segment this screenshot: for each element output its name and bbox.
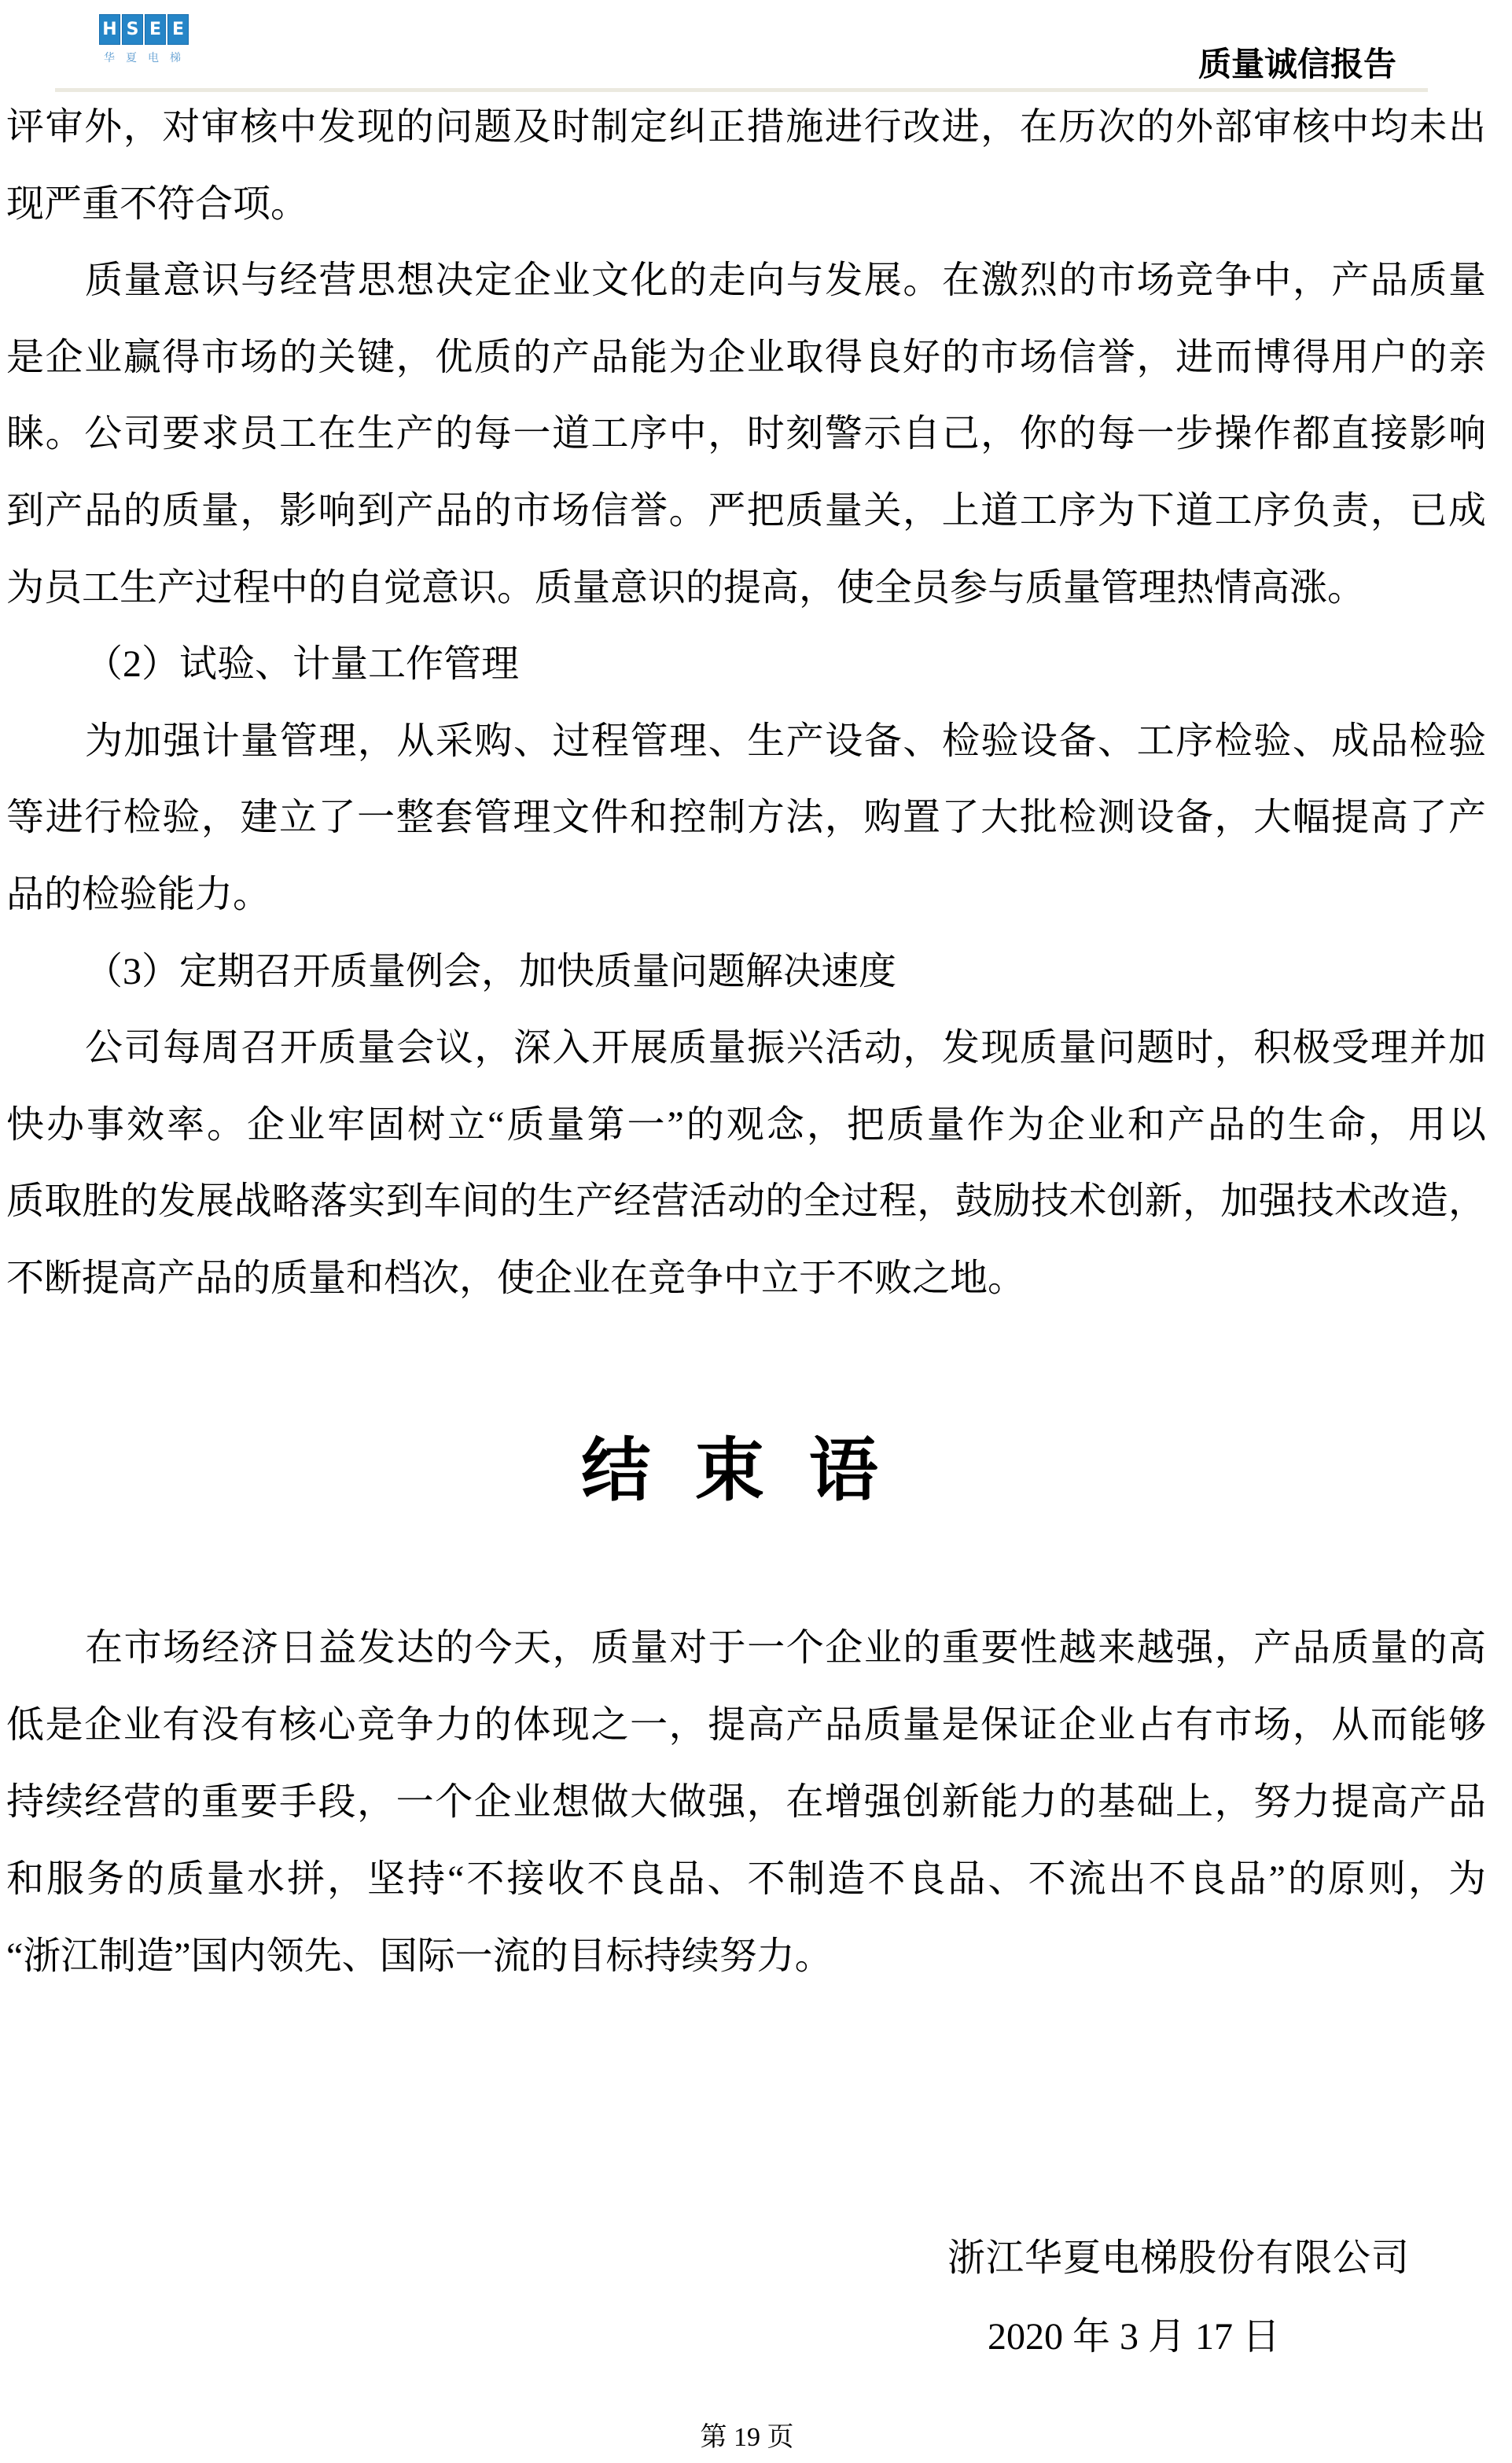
paragraph: 评审外，对审核中发现的问题及时制定纠正措施进行改进，在历次的外部审核中均未出 现…: [6, 89, 1486, 242]
paragraph-line: 现严重不符合项。: [6, 166, 1486, 243]
logo-letter: S: [122, 14, 143, 45]
paragraph-line: “浙江制造”国内领先、国际一流的目标持续努力。: [6, 1918, 1486, 1995]
section-heading: （2）试验、计量工作管理: [6, 626, 1486, 703]
paragraph-line: 等进行检验，建立了一整套管理文件和控制方法，购置了大批检测设备，大幅提高了产: [6, 779, 1486, 856]
body-section: 评审外，对审核中发现的问题及时制定纠正措施进行改进，在历次的外部审核中均未出 现…: [6, 89, 1486, 1317]
paragraph-line: 公司每周召开质量会议，深入开展质量振兴活动，发现质量问题时，积极受理并加: [6, 1010, 1486, 1087]
paragraph-line: 和服务的质量水拼，坚持“不接收不良品、不制造不良品、不流出不良品”的原则，为: [6, 1841, 1486, 1918]
paragraph-line: 低是企业有没有核心竞争力的体现之一，提高产品质量是保证企业占有市场，从而能够: [6, 1687, 1486, 1764]
paragraph-line: 评审外，对审核中发现的问题及时制定纠正措施进行改进，在历次的外部审核中均未出: [6, 89, 1486, 166]
paragraph-line: 为员工生产过程中的自觉意识。质量意识的提高，使全员参与质量管理热情高涨。: [6, 550, 1486, 627]
paragraph-line: 持续经营的重要手段，一个企业想做大做强，在增强创新能力的基础上，努力提高产品: [6, 1764, 1486, 1841]
header-title: 质量诚信报告: [1179, 47, 1396, 82]
logo-letter: E: [145, 14, 166, 45]
signature-company: 浙江华夏电梯股份有限公司: [947, 2220, 1410, 2297]
paragraph-line: 睐。公司要求员工在生产的每一道工序中，时刻警示自己，你的每一步操作都直接影响: [6, 396, 1486, 473]
page-number: 第 19 页: [0, 2422, 1494, 2454]
company-logo: H S E E 华夏电梯: [99, 14, 189, 64]
paragraph-line: 品的检验能力。: [6, 856, 1486, 933]
logo-letter: H: [99, 14, 120, 45]
section-heading: （3）定期召开质量例会，加快质量问题解决速度: [6, 933, 1486, 1011]
section-heading-text: （2）试验、计量工作管理: [6, 626, 1486, 703]
paragraph-line: 质取胜的发展战略落实到车间的生产经营活动的全过程，鼓励技术创新，加强技术改造，: [6, 1163, 1486, 1240]
paragraph-line: 质量意识与经营思想决定企业文化的走向与发展。在激烈的市场竞争中，产品质量: [6, 242, 1486, 319]
paragraph-line: 到产品的质量，影响到产品的市场信誉。严把质量关，上道工序为下道工序负责，已成: [6, 473, 1486, 550]
section-heading-text: （3）定期召开质量例会，加快质量问题解决速度: [6, 933, 1486, 1011]
paragraph-line: 快办事效率。企业牢固树立“质量第一”的观念，把质量作为企业和产品的生命，用以: [6, 1087, 1486, 1164]
paragraph-line: 在市场经济日益发达的今天，质量对于一个企业的重要性越来越强，产品质量的高: [6, 1610, 1486, 1687]
paragraph: 为加强计量管理，从采购、过程管理、生产设备、检验设备、工序检验、成品检验 等进行…: [6, 703, 1486, 933]
paragraph: 公司每周召开质量会议，深入开展质量振兴活动，发现质量问题时，积极受理并加 快办事…: [6, 1010, 1486, 1316]
paragraph-line: 是企业赢得市场的关键，优质的产品能为企业取得良好的市场信誉，进而博得用户的亲: [6, 319, 1486, 396]
closing-title: 结 束 语: [6, 1423, 1453, 1518]
logo-letter-boxes: H S E E: [99, 14, 189, 45]
paragraph-line: 为加强计量管理，从采购、过程管理、生产设备、检验设备、工序检验、成品检验: [6, 703, 1486, 780]
paragraph-line: 不断提高产品的质量和档次，使企业在竞争中立于不败之地。: [6, 1240, 1486, 1317]
closing-section: 在市场经济日益发达的今天，质量对于一个企业的重要性越来越强，产品质量的高 低是企…: [6, 1610, 1486, 1995]
logo-subtitle: 华夏电梯: [99, 52, 189, 64]
signature-date: 2020 年 3 月 17 日: [988, 2299, 1280, 2376]
paragraph: 质量意识与经营思想决定企业文化的走向与发展。在激烈的市场竞争中，产品质量 是企业…: [6, 242, 1486, 626]
logo-letter: E: [167, 14, 189, 45]
paragraph: 在市场经济日益发达的今天，质量对于一个企业的重要性越来越强，产品质量的高 低是企…: [6, 1610, 1486, 1995]
